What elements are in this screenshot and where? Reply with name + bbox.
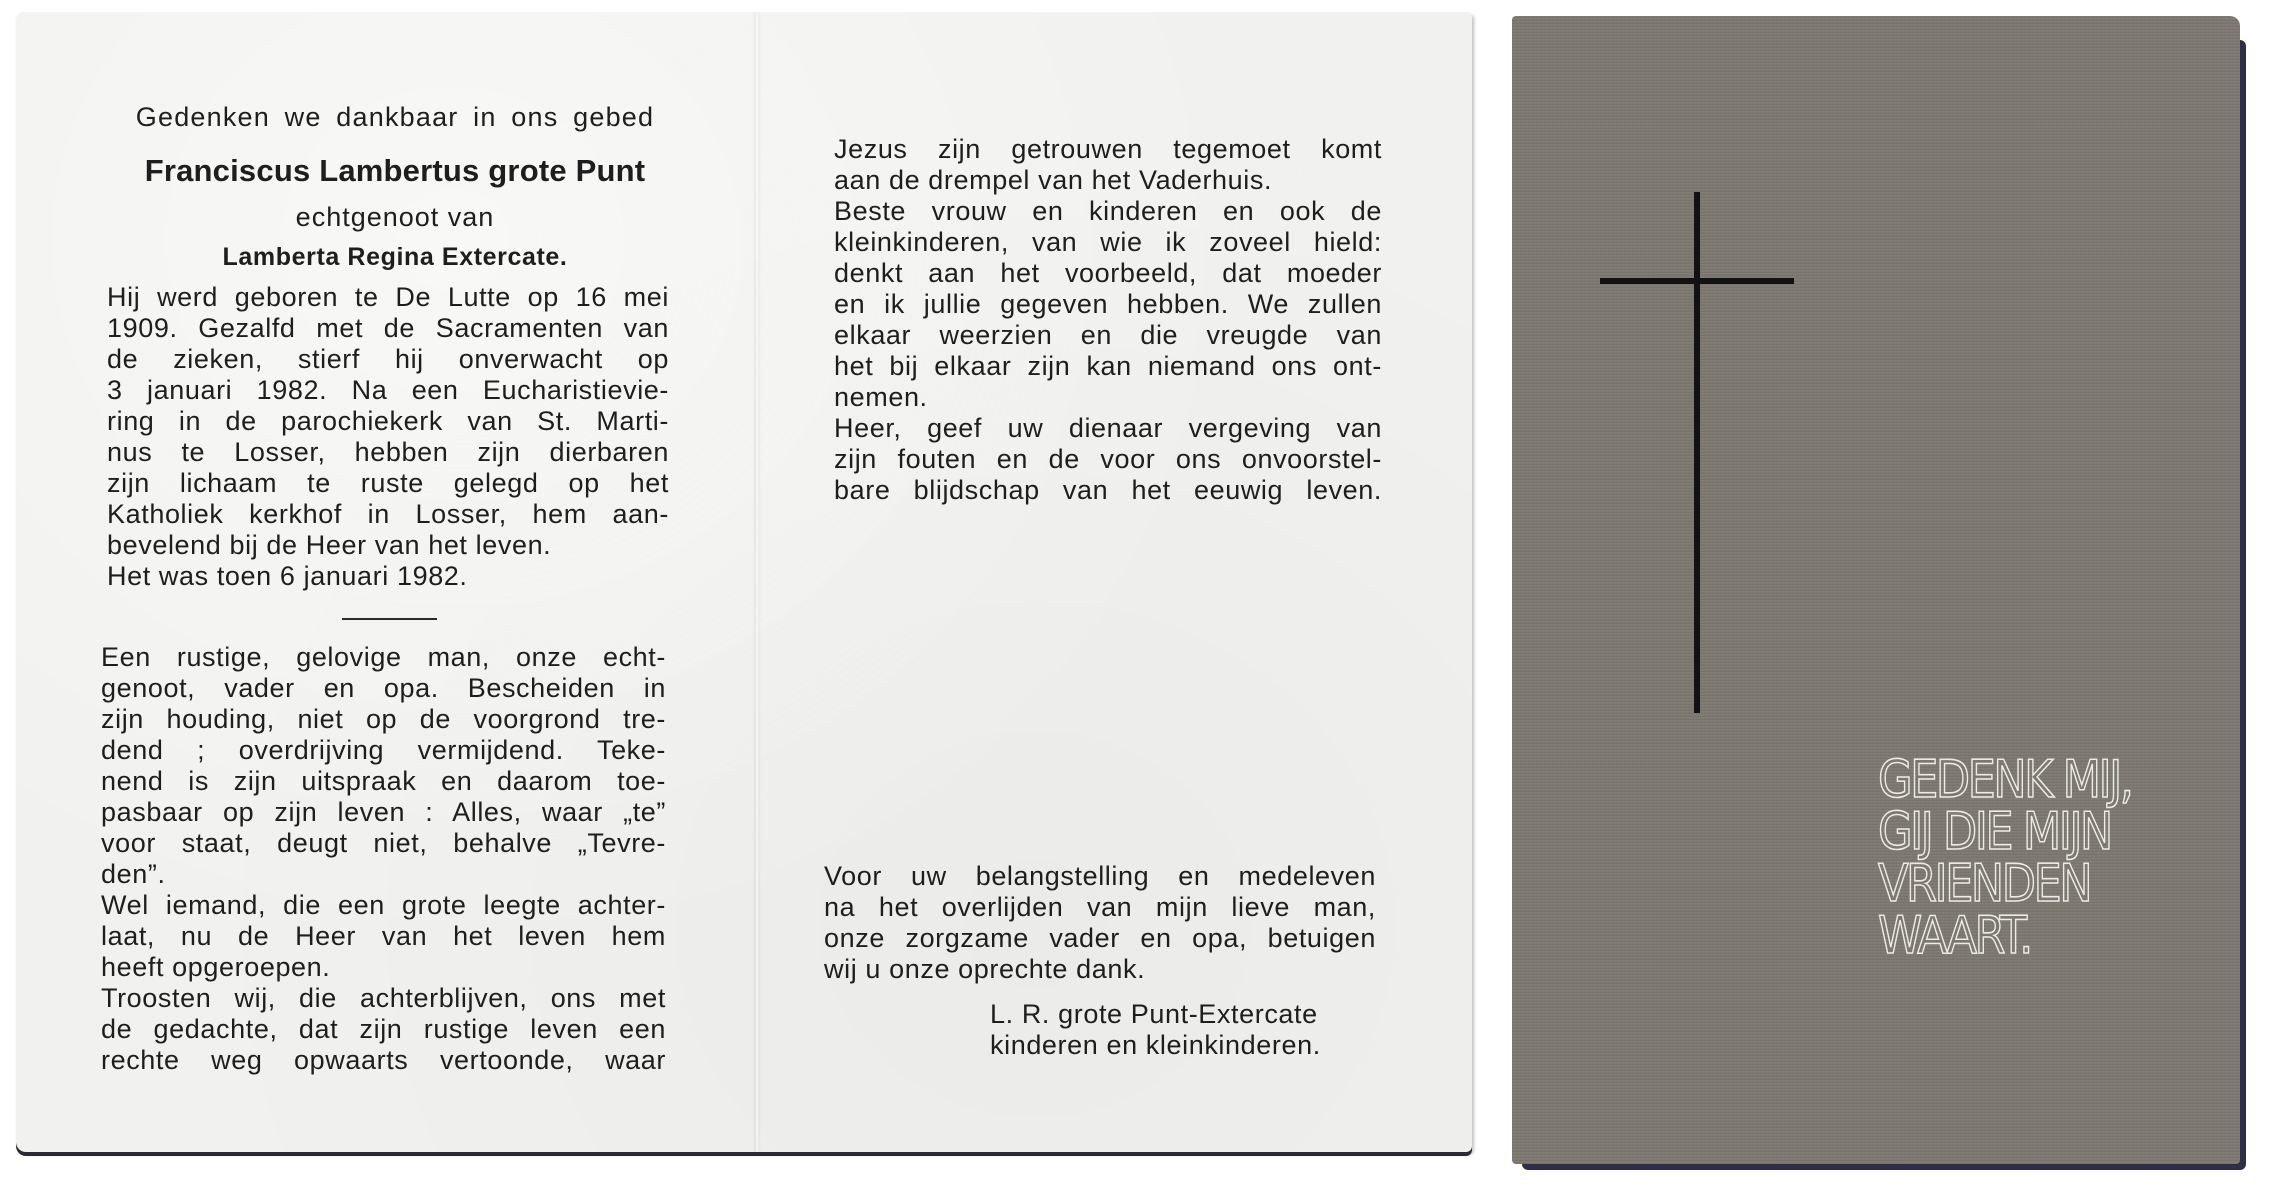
biography: Hij werd geboren te De Lutte op 16 mei 1… xyxy=(107,282,669,592)
thanks-line: Voor uw belangstelling en medeleven xyxy=(824,861,1376,892)
character-line: genoot, vader en opa. Bescheiden in xyxy=(101,673,666,704)
thanks-line: onze zorgzame vader en opa, betuigen xyxy=(824,923,1376,954)
character-description: Een rustige, gelovige man, onze echt- ge… xyxy=(101,642,666,1076)
left-panel: Gedenken we dankbaar in ons gebed Franci… xyxy=(16,12,753,1152)
signature-line: kinderen en kleinkinderen. xyxy=(990,1030,1390,1061)
signature: L. R. grote Punt-Extercate kinderen en k… xyxy=(990,999,1390,1061)
cover-line: GEDENK MIJ, xyxy=(1878,754,2170,806)
section-divider xyxy=(342,618,437,620)
prayer-text: Jezus zijn getrouwen tegemoet komt aan d… xyxy=(834,134,1382,506)
bio-line: Katholiek kerkhof in Losser, hem aan- xyxy=(107,499,669,530)
deceased-name: Franciscus Lambertus grote Punt xyxy=(113,155,677,186)
cover-line: GIJ DIE MIJN xyxy=(1878,806,2170,858)
character-line: dend ; overdrijving vermijdend. Teke- xyxy=(101,735,666,766)
spouse-label: echtgenoot van xyxy=(113,202,677,233)
bio-line: zijn lichaam te ruste gelegd op het xyxy=(107,468,669,499)
bio-line: Het was toen 6 januari 1982. xyxy=(107,561,669,592)
character-line: den”. xyxy=(101,859,666,890)
bio-line: ring in de parochiekerk van St. Marti- xyxy=(107,406,669,437)
prayer-line: kleinkinderen, van wie ik zoveel hield: xyxy=(834,227,1382,258)
character-line: zijn houding, niet op de voorgrond tre- xyxy=(101,704,666,735)
thanks-text: Voor uw belangstelling en medeleven na h… xyxy=(824,861,1376,985)
cross-vertical-bar xyxy=(1694,192,1700,713)
prayer-line: denkt aan het voorbeeld, dat moeder xyxy=(834,258,1382,289)
memorial-card-cover: GEDENK MIJ, GIJ DIE MIJN VRIENDEN WAART. xyxy=(1512,16,2240,1164)
signature-line: L. R. grote Punt-Extercate xyxy=(990,999,1390,1030)
character-line: voor staat, deugt niet, behalve „Tevre- xyxy=(101,828,666,859)
bio-line: nus te Losser, hebben zijn dierbaren xyxy=(107,437,669,468)
prayer-line: Beste vrouw en kinderen en ook de xyxy=(834,196,1382,227)
cover-inscription: GEDENK MIJ, GIJ DIE MIJN VRIENDEN WAART. xyxy=(1878,754,2170,962)
prayer-line: aan de drempel van het Vaderhuis. xyxy=(834,165,1382,196)
character-line: pasbaar op zijn leven : Alles, waar „te” xyxy=(101,797,666,828)
thanks-line: wij u onze oprechte dank. xyxy=(824,954,1376,985)
character-line: laat, nu de Heer van het leven hem xyxy=(101,921,666,952)
cover-line: VRIENDEN xyxy=(1878,858,2170,910)
prayer-line: elkaar weerzien en die vreugde van xyxy=(834,320,1382,351)
intro-line: Gedenken we dankbaar in ons gebed xyxy=(113,102,677,133)
prayer-line: zijn fouten en de voor ons onvoorstel- xyxy=(834,444,1382,475)
memorial-card-inside: Gedenken we dankbaar in ons gebed Franci… xyxy=(16,12,1472,1152)
character-line: nend is zijn uitspraak en daarom toe- xyxy=(101,766,666,797)
bio-line: bevelend bij de Heer van het leven. xyxy=(107,530,669,561)
prayer-line: het bij elkaar zijn kan niemand ons ont- xyxy=(834,351,1382,382)
character-line: heeft opgeroepen. xyxy=(101,952,666,983)
spouse-name: Lamberta Regina Extercate. xyxy=(113,242,677,273)
bio-line: Hij werd geboren te De Lutte op 16 mei xyxy=(107,282,669,313)
card-fold xyxy=(753,12,761,1152)
character-line: Troosten wij, die achterblijven, ons met xyxy=(101,983,666,1014)
bio-line: de zieken, stierf hij onverwacht op xyxy=(107,344,669,375)
bio-line: 1909. Gezalfd met de Sacramenten van xyxy=(107,313,669,344)
character-line: Wel iemand, die een grote leegte achter- xyxy=(101,890,666,921)
cover-line: WAART. xyxy=(1878,910,2170,962)
cross-horizontal-bar xyxy=(1600,278,1794,284)
character-line: rechte weg opwaarts vertoonde, waar xyxy=(101,1045,666,1076)
prayer-line: nemen. xyxy=(834,382,1382,413)
prayer-line: Heer, geef uw dienaar vergeving van xyxy=(834,413,1382,444)
prayer-line: en ik jullie gegeven hebben. We zullen xyxy=(834,289,1382,320)
prayer-line: Jezus zijn getrouwen tegemoet komt xyxy=(834,134,1382,165)
character-line: de gedachte, dat zijn rustige leven een xyxy=(101,1014,666,1045)
character-line: Een rustige, gelovige man, onze echt- xyxy=(101,642,666,673)
thanks-line: na het overlijden van mijn lieve man, xyxy=(824,892,1376,923)
right-panel: Jezus zijn getrouwen tegemoet komt aan d… xyxy=(761,12,1472,1152)
prayer-line: bare blijdschap van het eeuwig leven. xyxy=(834,475,1382,506)
bio-line: 3 januari 1982. Na een Eucharistievie- xyxy=(107,375,669,406)
